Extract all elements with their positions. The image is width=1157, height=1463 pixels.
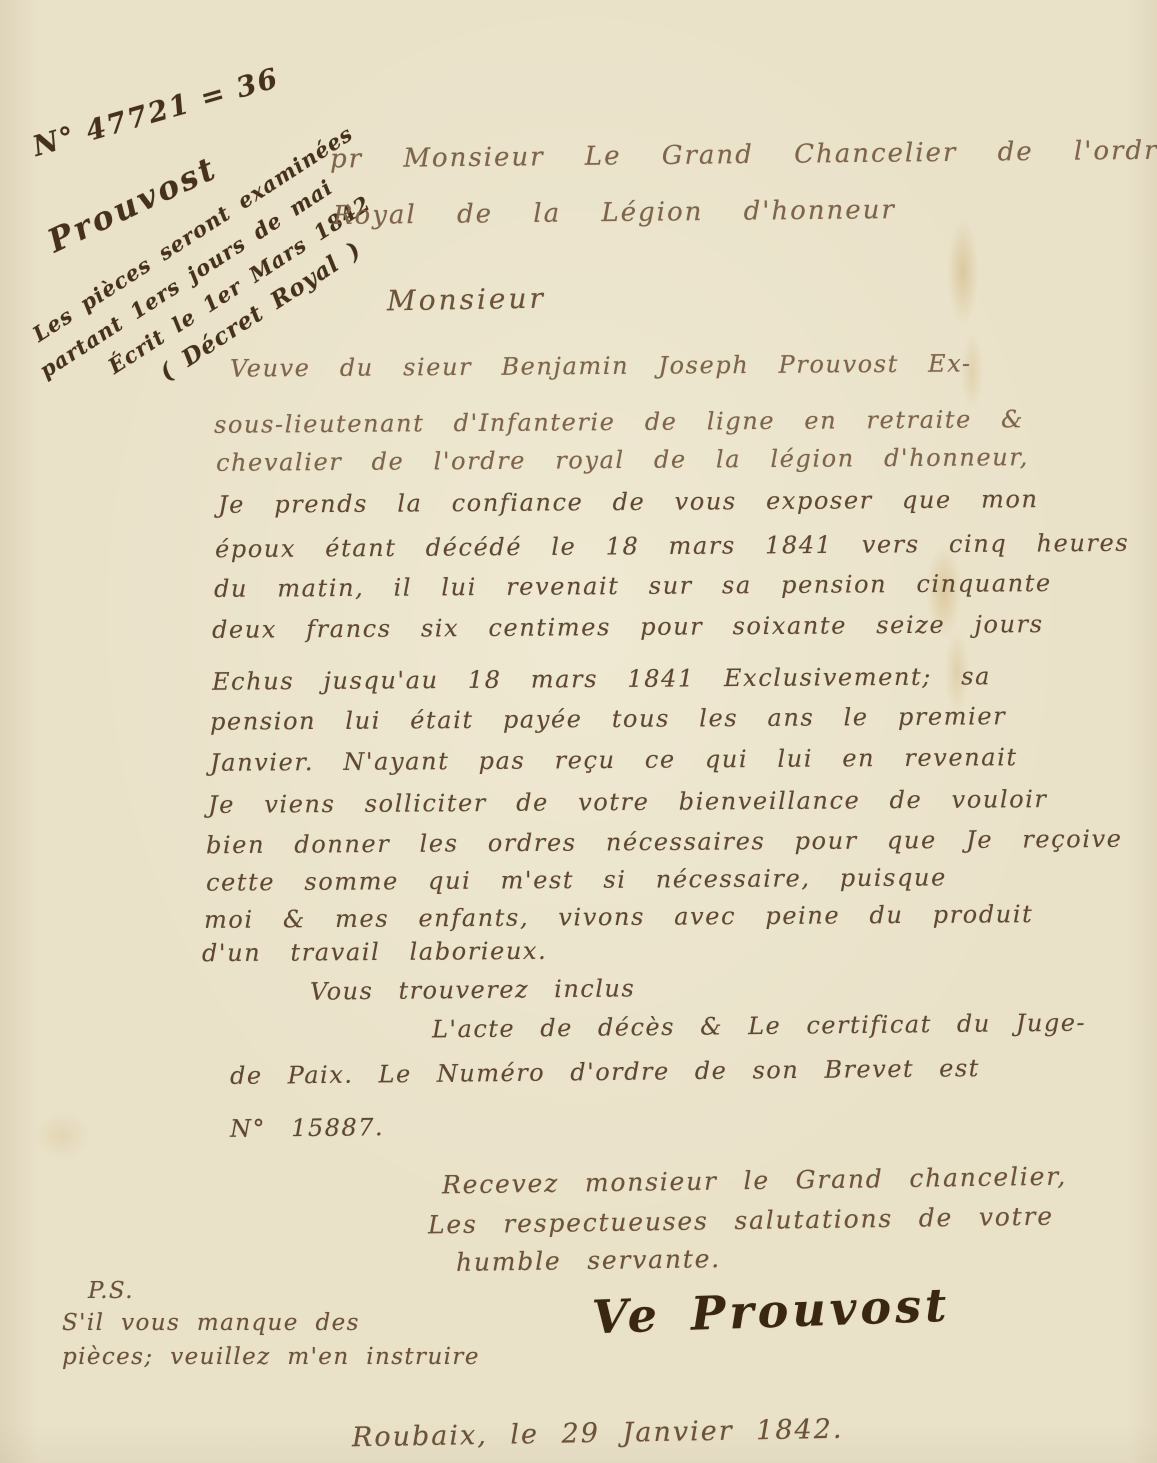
body-line: Je prends la confiance de vous exposer q… (218, 485, 1039, 519)
postscript-line: pièces; veuillez m'en instruire (62, 1344, 480, 1370)
body-line: Echus jusqu'au 18 mars 1841 Exclusivemen… (212, 662, 991, 695)
closing-line: humble servante. (456, 1244, 721, 1277)
enclosure-line: L'acte de décès & Le certificat du Juge- (432, 1009, 1086, 1044)
address-line: pr Monsieur Le Grand Chancelier de l'ord… (330, 136, 1157, 175)
body-line: sous-lieutenant d'Infanterie de ligne en… (214, 405, 1024, 439)
salutation: Monsieur (387, 282, 546, 318)
closing-line: Recevez monsieur le Grand chancelier, (442, 1162, 1067, 1200)
body-line: chevalier de l'ordre royal de la légion … (216, 443, 1029, 477)
body-line: Je viens solliciter de votre bienveillan… (208, 785, 1048, 819)
body-line: bien donner les ordres nécessaires pour … (206, 825, 1123, 859)
enclosure-line: de Paix. Le Numéro d'ordre de son Brevet… (230, 1054, 980, 1090)
body-line: moi & mes enfants, vivons avec peine du … (204, 900, 1034, 934)
closing-line: Les respectueuses salutations de votre (428, 1202, 1054, 1240)
body-line: deux francs six centimes pour soixante s… (212, 610, 1044, 644)
body-line: cette somme qui m'est si nécessaire, pui… (206, 863, 947, 896)
dateline: Roubaix, le 29 Janvier 1842. (352, 1414, 844, 1454)
postscript-label: P.S. (88, 1278, 134, 1304)
body-line: pension lui était payée tous les ans le … (210, 702, 1006, 736)
letter-scan: N° 47721 = 36 Prouvost Les pièces seront… (0, 0, 1157, 1463)
body-line: du matin, il lui revenait sur sa pension… (214, 569, 1052, 603)
postscript-line: S'il vous manque des (62, 1310, 360, 1336)
body-line: époux étant décédé le 18 mars 1841 vers … (215, 529, 1129, 563)
address-line: Royal de la Légion d'honneur (333, 195, 896, 231)
body-line: d'un travail laborieux. (202, 937, 548, 967)
registration-number-annotation: N° 47721 = 36 (29, 61, 283, 163)
enclosure-line: Vous trouverez inclus (310, 974, 636, 1005)
body-line: Janvier. N'ayant pas reçu ce qui lui en … (210, 743, 1018, 777)
body-line: Veuve du sieur Benjamin Joseph Prouvost … (230, 349, 972, 382)
enclosure-line: N° 15887. (230, 1113, 384, 1143)
signature: Ve Prouvost (591, 1278, 951, 1344)
